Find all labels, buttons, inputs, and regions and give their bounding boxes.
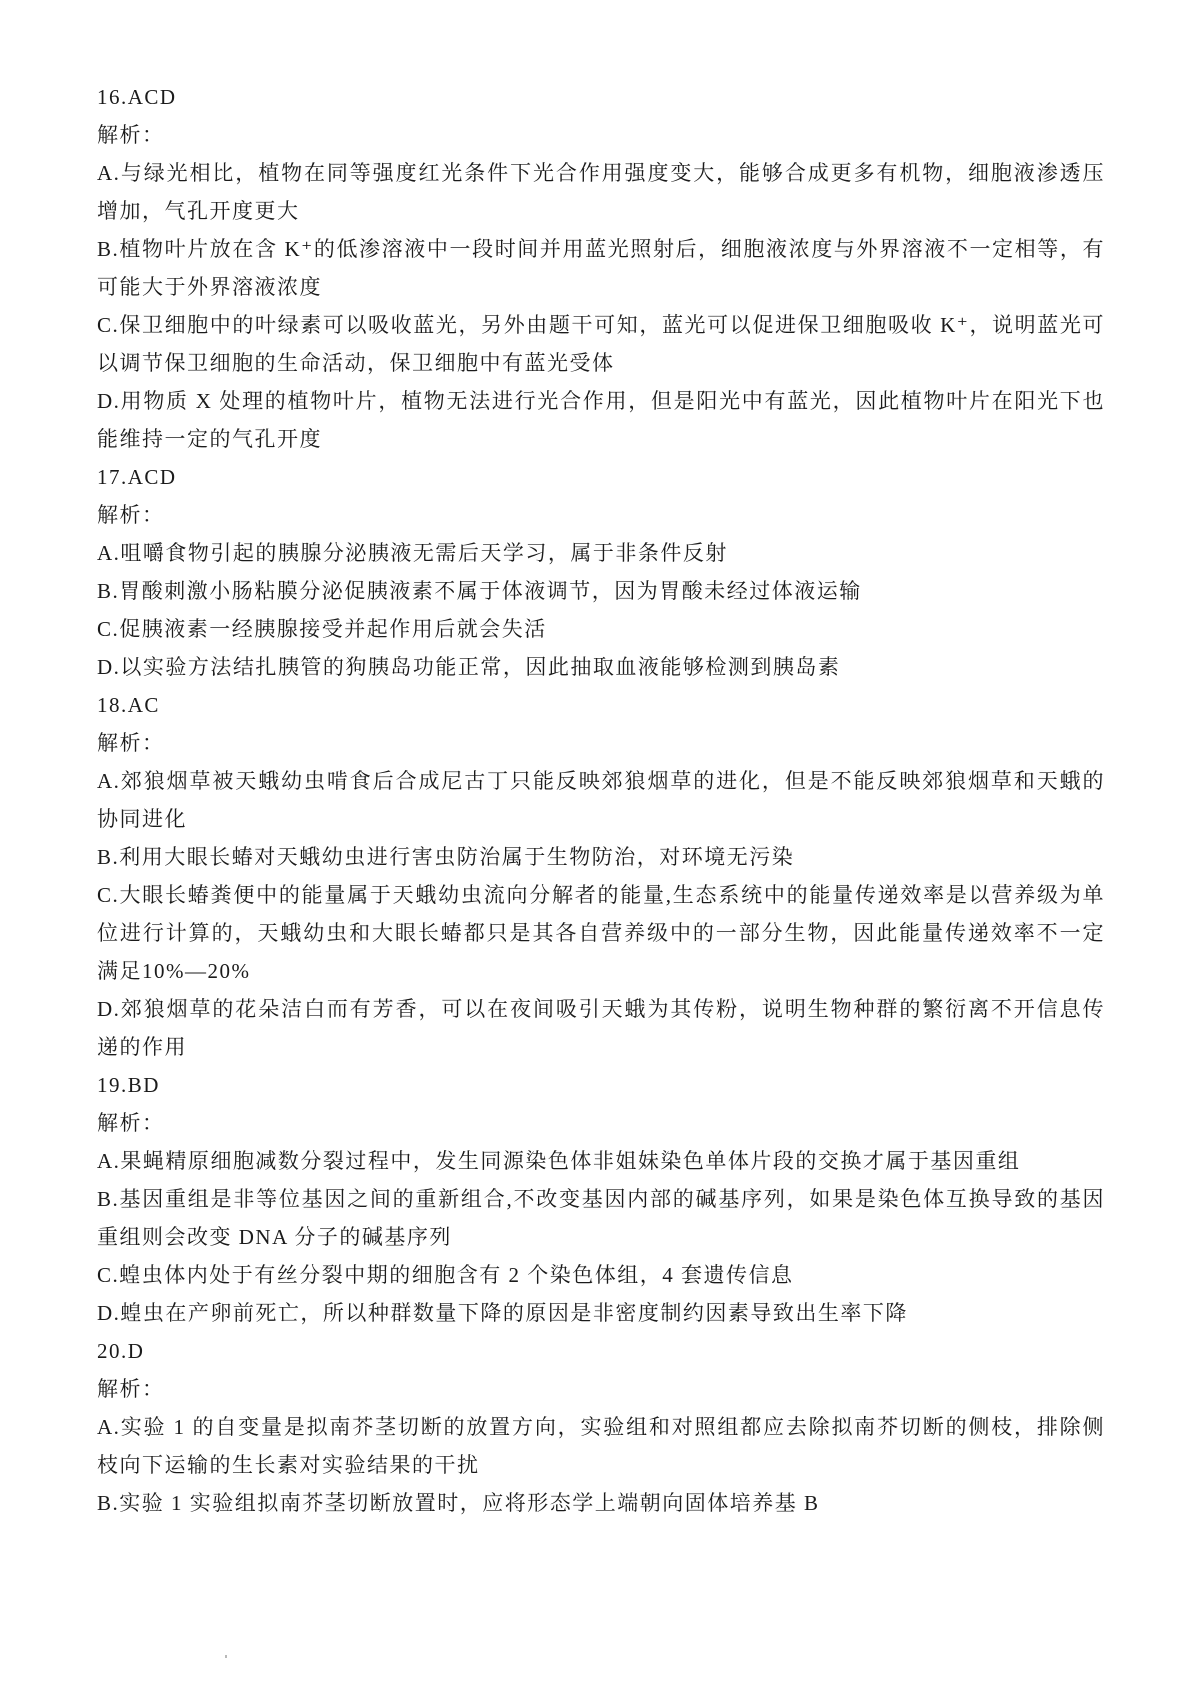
question-20-option-a-analysis: A.实验 1 的自变量是拟南芥茎切断的放置方向，实验组和对照组都应去除拟南芥切断…	[97, 1408, 1105, 1484]
question-17-option-c-analysis: C.促胰液素一经胰腺接受并起作用后就会失活	[97, 610, 1105, 648]
question-20-block: 20.D 解析： A.实验 1 的自变量是拟南芥茎切断的放置方向，实验组和对照组…	[97, 1332, 1105, 1522]
question-19-block: 19.BD 解析： A.果蝇精原细胞减数分裂过程中，发生同源染色体非姐妹染色单体…	[97, 1066, 1105, 1332]
question-20-analysis-label: 解析：	[97, 1370, 1105, 1408]
question-18-option-c-analysis: C.大眼长蝽粪便中的能量属于天蛾幼虫流向分解者的能量,生态系统中的能量传递效率是…	[97, 876, 1105, 990]
answer-key-content: 16.ACD 解析： A.与绿光相比，植物在同等强度红光条件下光合作用强度变大，…	[97, 78, 1105, 1522]
question-20-option-b-analysis: B.实验 1 实验组拟南芥茎切断放置时，应将形态学上端朝向固体培养基 B	[97, 1484, 1105, 1522]
question-16-option-c-analysis: C.保卫细胞中的叶绿素可以吸收蓝光，另外由题干可知，蓝光可以促进保卫细胞吸收 K…	[97, 306, 1105, 382]
question-16-answer: 16.ACD	[97, 78, 1105, 116]
question-18-analysis-label: 解析：	[97, 724, 1105, 762]
question-17-block: 17.ACD 解析： A.咀嚼食物引起的胰腺分泌胰液无需后天学习，属于非条件反射…	[97, 458, 1105, 686]
question-19-option-a-analysis: A.果蝇精原细胞减数分裂过程中，发生同源染色体非姐妹染色单体片段的交换才属于基因…	[97, 1142, 1105, 1180]
question-17-analysis-label: 解析：	[97, 496, 1105, 534]
question-16-block: 16.ACD 解析： A.与绿光相比，植物在同等强度红光条件下光合作用强度变大，…	[97, 78, 1105, 458]
question-19-option-b-analysis: B.基因重组是非等位基因之间的重新组合,不改变基因内部的碱基序列，如果是染色体互…	[97, 1180, 1105, 1256]
question-18-block: 18.AC 解析： A.郊狼烟草被天蛾幼虫啃食后合成尼古丁只能反映郊狼烟草的进化…	[97, 686, 1105, 1066]
question-18-answer: 18.AC	[97, 686, 1105, 724]
question-19-option-d-analysis: D.蝗虫在产卵前死亡，所以种群数量下降的原因是非密度制约因素导致出生率下降	[97, 1294, 1105, 1332]
question-19-analysis-label: 解析：	[97, 1104, 1105, 1142]
question-16-option-b-analysis: B.植物叶片放在含 K⁺的低渗溶液中一段时间并用蓝光照射后，细胞液浓度与外界溶液…	[97, 230, 1105, 306]
question-17-option-a-analysis: A.咀嚼食物引起的胰腺分泌胰液无需后天学习，属于非条件反射	[97, 534, 1105, 572]
question-16-option-a-analysis: A.与绿光相比，植物在同等强度红光条件下光合作用强度变大，能够合成更多有机物，细…	[97, 154, 1105, 230]
question-18-option-b-analysis: B.利用大眼长蝽对天蛾幼虫进行害虫防治属于生物防治，对环境无污染	[97, 838, 1105, 876]
question-19-option-c-analysis: C.蝗虫体内处于有丝分裂中期的细胞含有 2 个染色体组，4 套遗传信息	[97, 1256, 1105, 1294]
question-17-option-b-analysis: B.胃酸刺激小肠粘膜分泌促胰液素不属于体液调节，因为胃酸未经过体液运输	[97, 572, 1105, 610]
question-17-answer: 17.ACD	[97, 458, 1105, 496]
question-18-option-d-analysis: D.郊狼烟草的花朵洁白而有芳香，可以在夜间吸引天蛾为其传粉，说明生物种群的繁衍离…	[97, 990, 1105, 1066]
scan-artifact-dot	[225, 1655, 227, 1658]
document-page: { "page": { "background": "#ffffff", "te…	[0, 0, 1200, 1698]
question-18-option-a-analysis: A.郊狼烟草被天蛾幼虫啃食后合成尼古丁只能反映郊狼烟草的进化，但是不能反映郊狼烟…	[97, 762, 1105, 838]
question-17-option-d-analysis: D.以实验方法结扎胰管的狗胰岛功能正常，因此抽取血液能够检测到胰岛素	[97, 648, 1105, 686]
question-16-option-d-analysis: D.用物质 X 处理的植物叶片，植物无法进行光合作用，但是阳光中有蓝光，因此植物…	[97, 382, 1105, 458]
question-20-answer: 20.D	[97, 1332, 1105, 1370]
question-19-answer: 19.BD	[97, 1066, 1105, 1104]
question-16-analysis-label: 解析：	[97, 116, 1105, 154]
